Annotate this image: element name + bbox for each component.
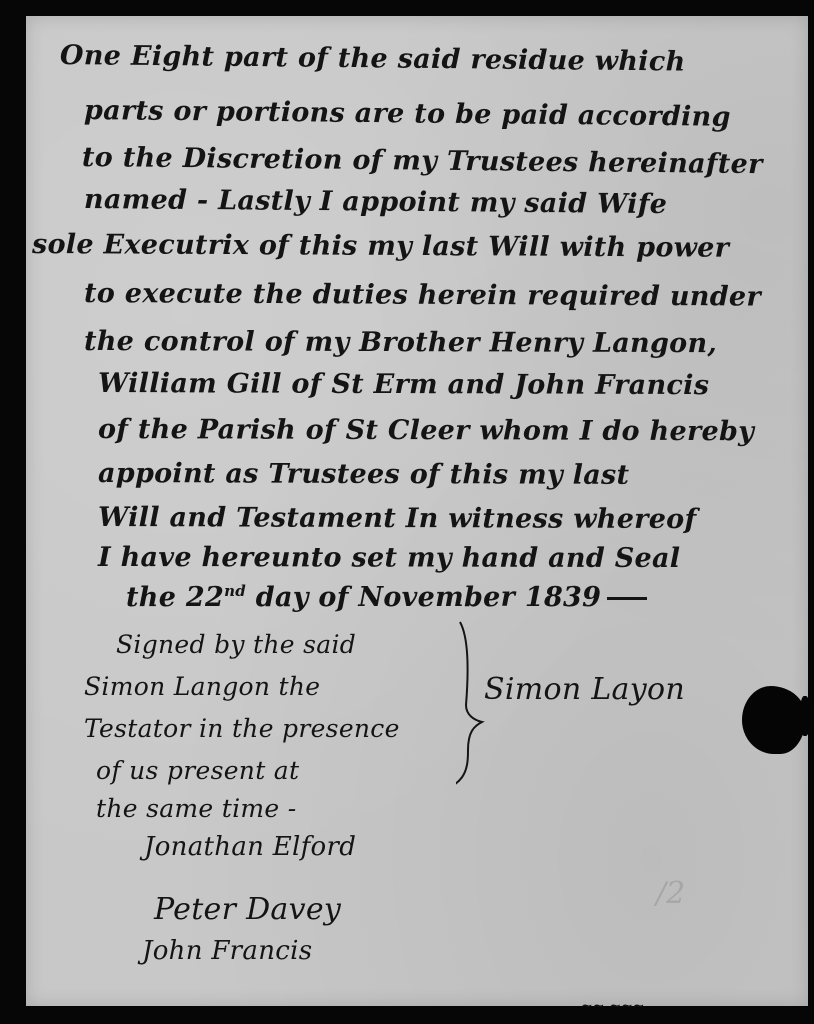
body-line-8: William Gill of St Erm and John Francis <box>98 368 709 401</box>
seal-ink-blot <box>742 686 806 754</box>
body-line-3: to the Discretion of my Trustees hereina… <box>82 142 763 180</box>
date-day: the 22 <box>126 582 224 613</box>
attestation-line-4: of us present at <box>96 756 299 785</box>
document-page: One Eight part of the said residue which… <box>26 16 808 1006</box>
attestation-line-2: Simon Langon the <box>84 672 320 701</box>
bottom-edge-mark: ~~ ~~~ <box>581 998 645 1014</box>
body-line-12: I have hereunto set my hand and Seal <box>98 542 680 574</box>
closing-dash <box>607 597 647 600</box>
attestation-line-3: Testator in the presence <box>84 714 400 743</box>
body-line-11: Will and Testament In witness whereof <box>98 502 697 535</box>
body-line-6: to execute the duties herein required un… <box>84 278 761 313</box>
witness-signature-2: Peter Davey <box>154 892 341 927</box>
body-line-7: the control of my Brother Henry Langon, <box>84 326 717 359</box>
seal-ink-blot-edge <box>800 696 810 736</box>
date-ordinal: nd <box>224 582 246 600</box>
body-line-5: sole Executrix of this my last Will with… <box>32 229 729 264</box>
date-rest: day of November 1839 <box>246 582 601 613</box>
body-line-2: parts or portions are to be paid accordi… <box>84 95 731 133</box>
body-line-10: appoint as Trustees of this my last <box>98 458 629 491</box>
witness-signature-3: John Francis <box>142 936 312 966</box>
witness-signature-1: Jonathan Elford <box>144 832 356 862</box>
faint-pencil-mark: /2 <box>656 876 685 911</box>
attestation-line-1: Signed by the said <box>116 630 356 659</box>
body-line-4: named - Lastly I appoint my said Wife <box>84 184 667 220</box>
testator-signature: Simon Layon <box>484 672 685 707</box>
body-line-9: of the Parish of St Cleer whom I do here… <box>98 414 754 447</box>
date-line: the 22nd day of November 1839 <box>126 582 647 613</box>
body-line-1: One Eight part of the said residue which <box>60 40 686 78</box>
attestation-brace <box>456 620 486 800</box>
attestation-line-5: the same time - <box>96 794 297 823</box>
